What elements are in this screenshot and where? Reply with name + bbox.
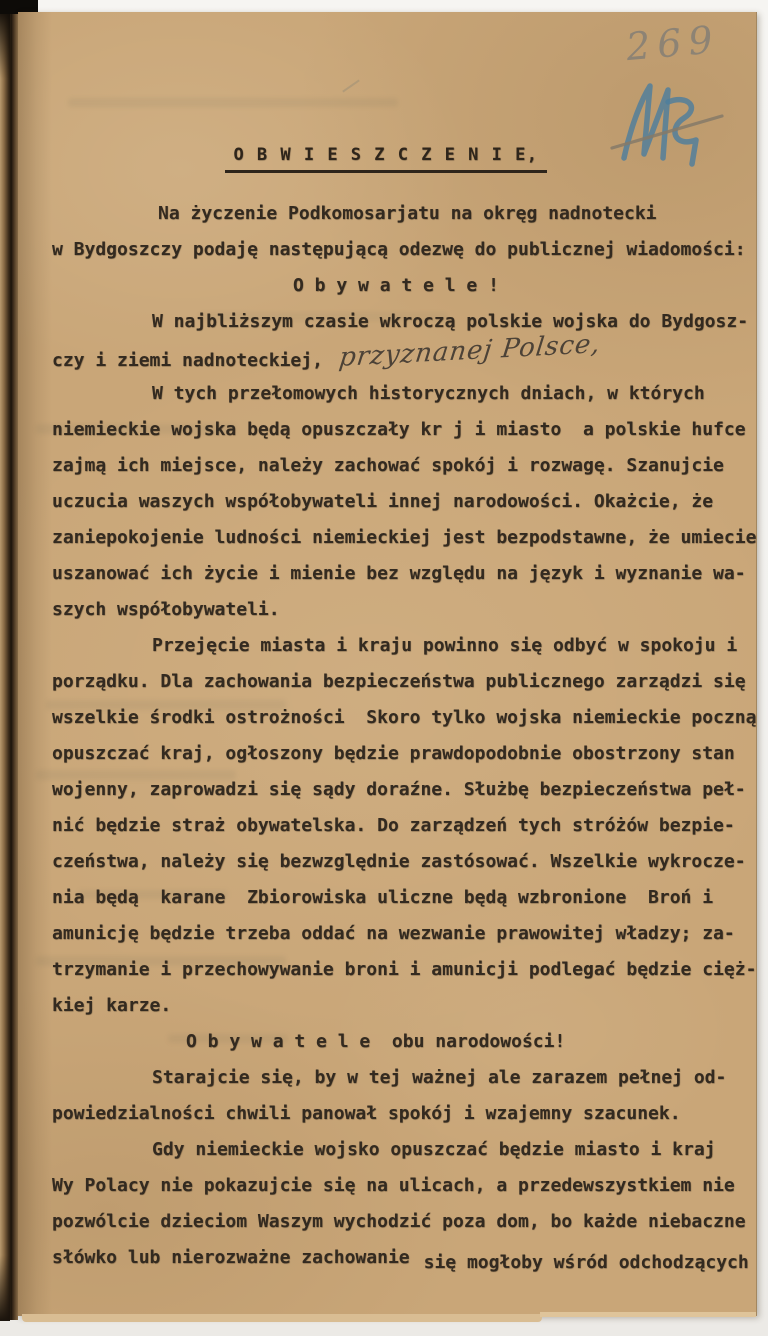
book-binding-edge (0, 9, 18, 1320)
document-title-text: O B W I E S Z C Z E N I E, (225, 145, 546, 173)
paper-gutter-shadow (18, 12, 52, 1316)
typed-line: Starajcie się, by w tej ważnej ale zaraz… (52, 1060, 764, 1096)
typed-line-split: słówko lub nierozważne zachowaniesię mog… (52, 1240, 764, 1276)
binding-shadow-bottom (0, 1255, 10, 1321)
typed-line: wojenny, zaprowadzi się sądy doraźne. Sł… (52, 772, 764, 808)
typed-line: amunicję będzie trzeba oddać na wezwanie… (52, 916, 764, 952)
binding-shadow-top (0, 9, 10, 79)
underlying-page-edge (22, 1314, 542, 1322)
typed-line: pozwólcie dzieciom Waszym wychodzić poza… (52, 1204, 764, 1240)
typed-line: szych współobywateli. (52, 592, 764, 628)
typed-line: W najbliższym czasie wkroczą polskie woj… (52, 304, 764, 340)
typed-line: uczucia waszych współobywateli innej nar… (52, 484, 764, 520)
typed-line: trzymanie i przechowywanie broni i amuni… (52, 952, 764, 988)
archival-scan: { "annotations": { "folio_number": "269"… (0, 0, 768, 1336)
typed-line-text: czy i ziemi nadnoteckiej, (52, 350, 323, 371)
typed-line: uszanować ich życie i mienie bez względu… (52, 556, 764, 592)
typed-line-salutation: O b y w a t e l e obu narodowości! (52, 1024, 764, 1060)
folio-number-pencil: 269 (624, 15, 747, 69)
typed-line-salutation: O b y w a t e l e ! (52, 268, 764, 304)
typed-line: wszelkie środki ostrożności Skoro tylko … (52, 700, 764, 736)
document-body: Na życzenie Podkomosarjatu na okręg nadn… (52, 196, 764, 1276)
pencil-stray-mark (342, 79, 360, 92)
typed-line-text-offset: się mogłoby wśród odchodzących (424, 1245, 749, 1281)
typed-line: W tych przełomowych historycznych dniach… (52, 376, 764, 412)
typed-line: zajmą ich miejsce, należy zachować spokó… (52, 448, 764, 484)
document-title: O B W I E S Z C Z E N I E, (36, 145, 736, 173)
typed-line: nić będzie straż obywatelska. Do zarządz… (52, 808, 764, 844)
typed-line: powiedzialności chwili panował spokój i … (52, 1096, 764, 1132)
typed-line-text: słówko lub nierozważne zachowanie (52, 1247, 410, 1268)
typed-line: Na życzenie Podkomosarjatu na okręg nadn… (52, 196, 764, 232)
typed-line: Przejęcie miasta i kraju powinno się odb… (52, 628, 764, 664)
typed-line: kiej karze. (52, 988, 764, 1024)
underlying-page-edge (540, 1312, 756, 1317)
document-page: 269 O B W I E S Z C Z E N I E, Na życzen… (18, 12, 757, 1316)
typed-line: czeństwa, należy się bezwzględnie zastós… (52, 844, 764, 880)
typed-line: opuszczać kraj, ogłoszony będzie prawdop… (52, 736, 764, 772)
typed-line-with-insert: czy i ziemi nadnoteckiej,przyznanej Pols… (52, 340, 764, 376)
typed-line: Gdy niemieckie wojsko opuszczać będzie m… (52, 1132, 764, 1168)
typed-line: zaniepokojenie ludności niemieckiej jest… (52, 520, 764, 556)
typed-line: nia będą karane Zbiorowiska uliczne będą… (52, 880, 764, 916)
typed-line: w Bydgoszczy podaję następującą odezwę d… (52, 232, 764, 268)
typed-line: niemieckie wojska będą opuszczały kr j i… (52, 412, 764, 448)
ink-ghost-smudge (68, 98, 398, 107)
typed-line: Wy Polacy nie pokazujcie się na ulicach,… (52, 1168, 764, 1204)
typed-line: porządku. Dla zachowania bezpieczeństwa … (52, 664, 764, 700)
